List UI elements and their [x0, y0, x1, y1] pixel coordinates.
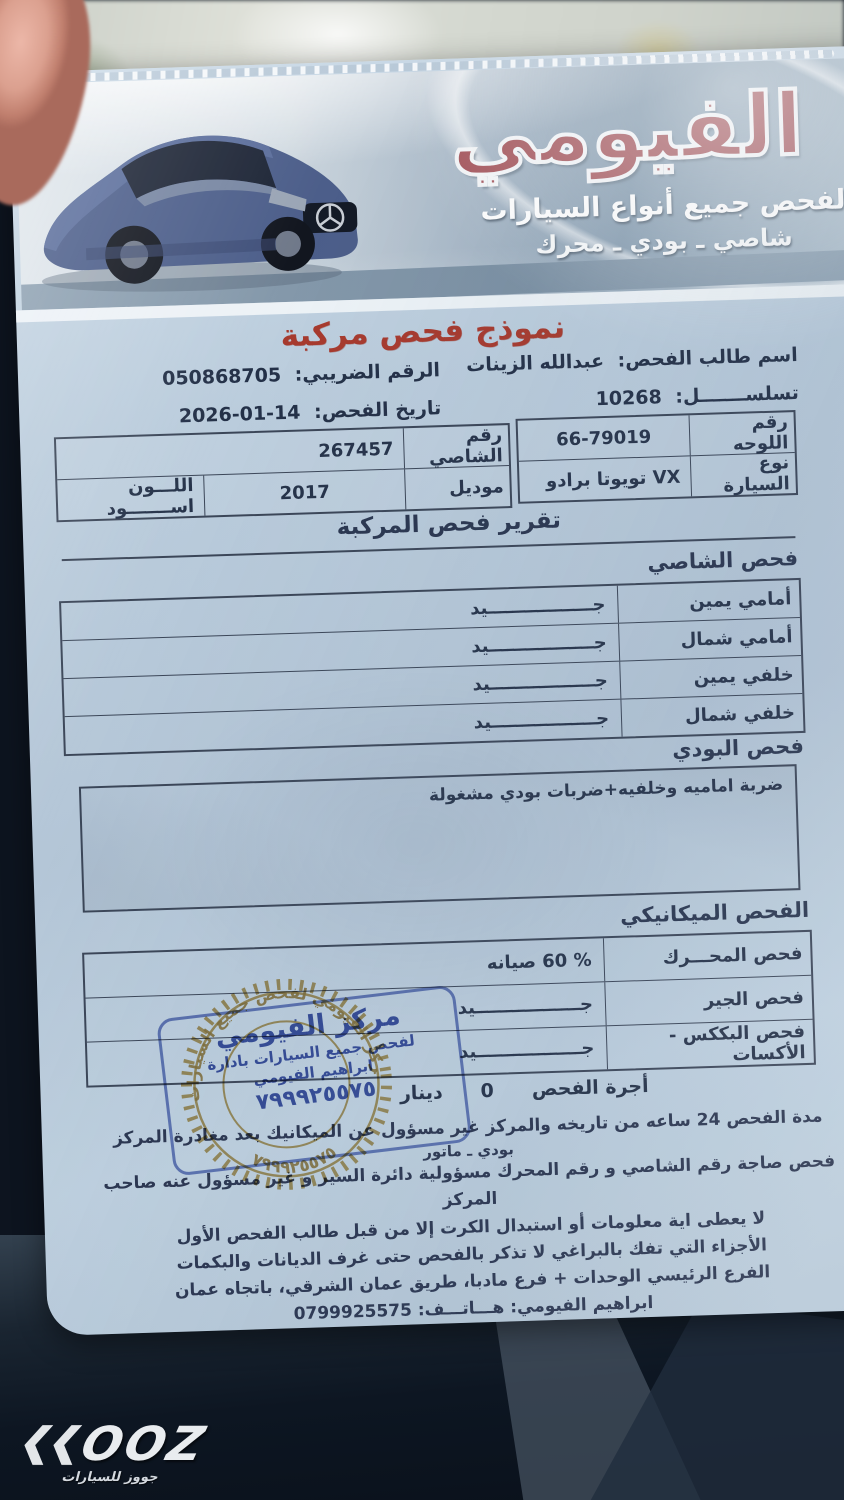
row-label: أمامي شمال	[618, 618, 801, 661]
model-label: موديل	[404, 466, 510, 509]
applicant-value: عبدالله الزينات	[466, 350, 604, 376]
chevron-icon	[48, 1425, 82, 1465]
plate-value: 66-79019	[518, 415, 690, 460]
vehicle-table-right: رقم اللوحه 66-79019 نوع السيارة VX تويوت…	[516, 410, 799, 504]
brand-tagline-1: لفحص جميع أنواع السيارات	[453, 183, 844, 227]
model-value: 2017	[203, 469, 405, 515]
tax-value: 050868705	[162, 364, 282, 390]
color-value: اللـــون اســـــــود	[57, 476, 204, 521]
fee-label: أجرة الفحص	[531, 1075, 648, 1101]
body-inspection-box: ضربة اماميه وخلفيه+ضربات بودي مشغولة	[79, 764, 801, 912]
row-label: فحص الجير	[604, 976, 812, 1025]
chassis-inspection-table: أمامي يمين جـــــــــــــــــيد أمامي شم…	[59, 578, 806, 756]
table-row: نوع السيارة VX تويوتا برادو	[519, 452, 796, 502]
vehicle-type-value: VX تويوتا برادو	[519, 456, 691, 501]
serial-label: تسلســـــــل:	[675, 382, 799, 408]
row-label: خلفي يمين	[619, 656, 802, 699]
section-heading-chassis: فحص الشاصي	[647, 546, 798, 575]
zooz-logo-letters: OOZ	[77, 1424, 211, 1466]
row-label: فحص المحـــرك	[603, 932, 811, 981]
row-label: خلفي شمال	[620, 694, 803, 737]
vehicle-table-left: رقم الشاصي 267457 موديل 2017 اللـــون اس…	[54, 423, 512, 522]
brand-logo-text: الفيومي	[449, 80, 844, 179]
zooz-watermark: OOZ جووز للسيارات	[14, 1424, 210, 1485]
inspection-form-paper: الفيومي لفحص جميع أنواع السيارات شاصي ـ …	[8, 46, 844, 1336]
row-label: أمامي يمين	[617, 580, 800, 623]
header-banner: الفيومي لفحص جميع أنواع السيارات شاصي ـ …	[15, 58, 844, 310]
tax-label: الرقم الضريبي:	[294, 359, 440, 386]
section-heading-body: فحص البودي	[672, 734, 804, 762]
field-applicant: اسم طالب الفحص: عبدالله الزينات	[466, 344, 798, 376]
zooz-logo-subtitle: جووز للسيارات	[60, 1470, 199, 1485]
date-label: تاريخ الفحص:	[314, 397, 442, 423]
plate-label: رقم اللوحه	[689, 412, 795, 455]
field-tax-number: الرقم الضريبي: 050868705	[136, 359, 441, 391]
body-inspection-note: ضربة اماميه وخلفيه+ضربات بودي مشغولة	[81, 766, 796, 824]
row-label: فحص البككس - الأكسات	[606, 1020, 814, 1069]
section-heading-mechanical: الفحص الميكانيكي	[620, 898, 810, 928]
vehicle-type-label: نوع السيارة	[690, 453, 796, 496]
date-value: 14-01-2026	[179, 402, 301, 428]
chassis-number-label: رقم الشاصي	[403, 425, 509, 468]
field-inspection-date: تاريخ الفحص: 14-01-2026	[137, 397, 442, 429]
fee-value: 0	[480, 1080, 494, 1102]
field-serial: تسلســـــــل: 10268	[595, 382, 799, 410]
applicant-label: اسم طالب الفحص:	[617, 344, 798, 372]
serial-value: 10268	[595, 386, 662, 410]
brand-block: الفيومي لفحص جميع أنواع السيارات شاصي ـ …	[449, 80, 844, 262]
